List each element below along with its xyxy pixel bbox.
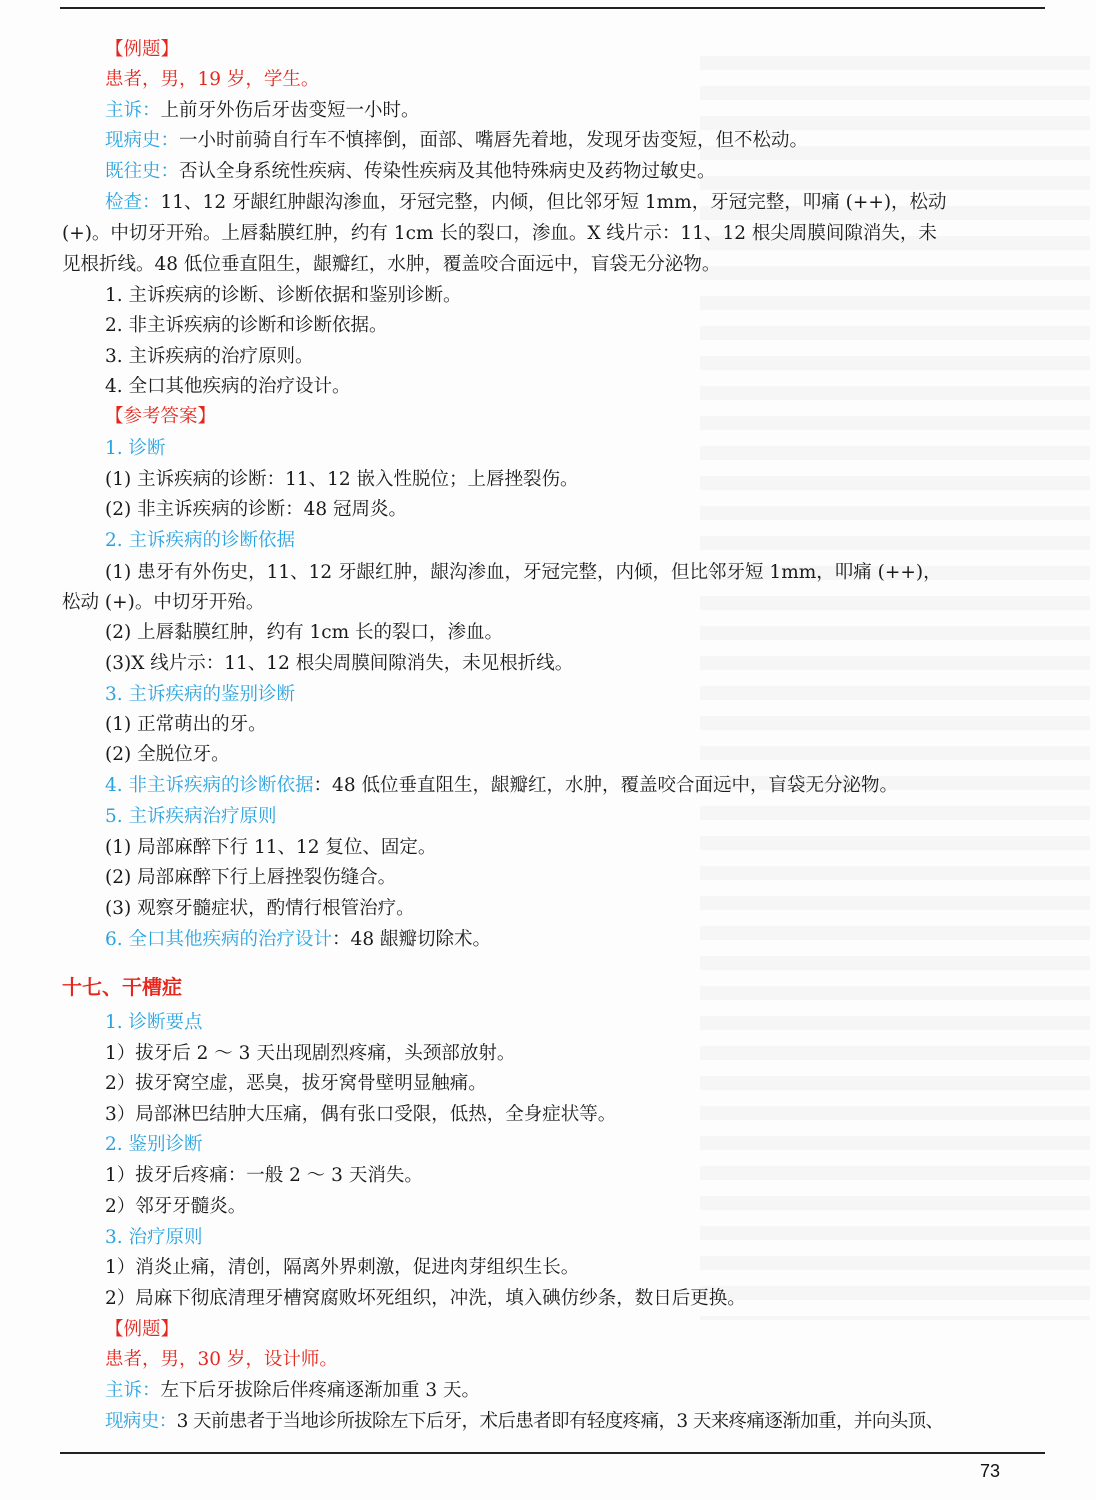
chief-complaint: 主诉：上前牙外伤后牙齿变短一小时。 (105, 99, 420, 123)
s17-2-item-1: 1）拔牙后疼痛：一般 2 ～ 3 天消失。 (105, 1164, 423, 1188)
answer-1-item-2: (2) 非主诉疾病的诊断：48 冠周炎。 (105, 498, 407, 522)
chief-complaint-text: 上前牙外伤后牙齿变短一小时。 (161, 100, 420, 121)
answer-section-6: 6. 全口其他疾病的治疗设计：48 龈瓣切除术。 (105, 928, 491, 952)
answer-section-4-title: 4. 非主诉疾病的诊断依据 (105, 775, 314, 796)
example-tag: 【例题】 (105, 38, 179, 62)
section-heading-dry-socket: 十七、干槽症 (62, 975, 182, 999)
s17-3-item-1: 1）消炎止痛，清创，隔离外界刺激，促进肉芽组织生长。 (105, 1256, 579, 1280)
answer-section-4: 4. 非主诉疾病的诊断依据：48 低位垂直阻生，龈瓣红，水肿，覆盖咬合面远中，盲… (105, 774, 898, 798)
s17-present-illness-label: 现病史： (105, 1411, 177, 1432)
s17-1-item-2: 2）拔牙窝空虚，恶臭，拔牙窝骨壁明显触痛。 (105, 1072, 487, 1096)
answer-5-item-2: (2) 局部麻醉下行上唇挫裂伤缝合。 (105, 866, 396, 890)
answer-3-item-2: (2) 全脱位牙。 (105, 743, 230, 767)
present-illness-text: 一小时前骑自行车不慎摔倒，面部、嘴唇先着地，发现牙齿变短，但不松动。 (179, 130, 808, 151)
present-illness: 现病史：一小时前骑自行车不慎摔倒，面部、嘴唇先着地，发现牙齿变短，但不松动。 (105, 129, 808, 153)
answer-section-4-text: ：48 低位垂直阻生，龈瓣红，水肿，覆盖咬合面远中，盲袋无分泌物。 (314, 775, 898, 796)
s17-chief-complaint-label: 主诉： (105, 1380, 161, 1401)
exam-line-1: 检查：11、12 牙龈红肿龈沟渗血，牙冠完整，内倾，但比邻牙短 1mm，牙冠完整… (105, 191, 947, 215)
answer-tag: 【参考答案】 (105, 405, 216, 429)
s17-1-item-1: 1）拔牙后 2 ～ 3 天出现剧烈疼痛，头颈部放射。 (105, 1042, 515, 1066)
answer-2-item-3: (3)X 线片示：11、12 根尖周膜间隙消失，未见根折线。 (105, 652, 573, 676)
s17-section-3-title: 3. 治疗原则 (105, 1226, 203, 1250)
exam-line-2: (+)。中切牙开殆。上唇黏膜红肿，约有 1cm 长的裂口，渗血。X 线片示：11… (62, 222, 937, 246)
exam-text: 11、12 牙龈红肿龈沟渗血，牙冠完整，内倾，但比邻牙短 1mm，牙冠完整，叩痛… (161, 192, 947, 213)
s17-1-item-3: 3）局部淋巴结肿大压痛，偶有张口受限，低热，全身症状等。 (105, 1103, 616, 1127)
answer-2-item-2: (2) 上唇黏膜红肿，约有 1cm 长的裂口，渗血。 (105, 621, 503, 645)
question-4: 4. 全口其他疾病的治疗设计。 (105, 375, 351, 399)
chief-complaint-label: 主诉： (105, 100, 161, 121)
s17-section-1-title: 1. 诊断要点 (105, 1011, 203, 1035)
exam-label: 检查： (105, 192, 161, 213)
s17-section-2-title: 2. 鉴别诊断 (105, 1133, 203, 1157)
footer-rule (60, 1452, 1045, 1454)
s17-2-item-2: 2）邻牙牙髓炎。 (105, 1195, 246, 1219)
past-history: 既往史：否认全身系统性疾病、传染性疾病及其他特殊病史及药物过敏史。 (105, 160, 716, 184)
answer-2-item-1-cont: 松动 (+)。中切牙开殆。 (62, 591, 264, 615)
answer-section-2-title: 2. 主诉疾病的诊断依据 (105, 529, 295, 553)
question-3: 3. 主诉疾病的治疗原则。 (105, 345, 314, 369)
answer-5-item-1: (1) 局部麻醉下行 11、12 复位、固定。 (105, 836, 436, 860)
s17-chief-complaint: 主诉：左下后牙拔除后伴疼痛逐渐加重 3 天。 (105, 1379, 480, 1403)
past-history-text: 否认全身系统性疾病、传染性疾病及其他特殊病史及药物过敏史。 (179, 161, 716, 182)
header-rule (60, 7, 1045, 9)
present-illness-label: 现病史： (105, 130, 179, 151)
s17-3-item-2: 2）局麻下彻底清理牙槽窝腐败坏死组织，冲洗，填入碘仿纱条，数日后更换。 (105, 1287, 746, 1311)
answer-section-6-text: ：48 龈瓣切除术。 (332, 929, 491, 950)
answer-3-item-1: (1) 正常萌出的牙。 (105, 713, 267, 737)
patient-info: 患者，男，19 岁，学生。 (105, 68, 319, 92)
question-2: 2. 非主诉疾病的诊断和诊断依据。 (105, 314, 388, 338)
s17-example-tag: 【例题】 (105, 1318, 179, 1342)
s17-chief-complaint-text: 左下后牙拔除后伴疼痛逐渐加重 3 天。 (161, 1380, 481, 1401)
page-number: 73 (980, 1461, 1000, 1482)
question-1: 1. 主诉疾病的诊断、诊断依据和鉴别诊断。 (105, 284, 462, 308)
past-history-label: 既往史： (105, 161, 179, 182)
answer-section-6-title: 6. 全口其他疾病的治疗设计 (105, 929, 332, 950)
exam-line-3: 见根折线。48 低位垂直阻生，龈瓣红，水肿，覆盖咬合面远中，盲袋无分泌物。 (62, 253, 720, 277)
answer-2-item-1: (1) 患牙有外伤史，11、12 牙龈红肿，龈沟渗血，牙冠完整，内倾，但比邻牙短… (105, 561, 942, 585)
s17-patient-info: 患者，男，30 岁，设计师。 (105, 1348, 338, 1372)
answer-section-1-title: 1. 诊断 (105, 437, 166, 461)
answer-section-3-title: 3. 主诉疾病的鉴别诊断 (105, 683, 295, 707)
answer-5-item-3: (3) 观察牙髓症状，酌情行根管治疗。 (105, 897, 415, 921)
answer-1-item-1: (1) 主诉疾病的诊断：11、12 嵌入性脱位；上唇挫裂伤。 (105, 468, 579, 492)
answer-section-5-title: 5. 主诉疾病治疗原则 (105, 805, 277, 829)
s17-present-illness: 现病史：3 天前患者于当地诊所拔除左下后牙，术后患者即有轻度疼痛，3 天来疼痛逐… (105, 1410, 943, 1434)
s17-present-illness-text: 3 天前患者于当地诊所拔除左下后牙，术后患者即有轻度疼痛，3 天来疼痛逐渐加重，… (177, 1411, 944, 1432)
